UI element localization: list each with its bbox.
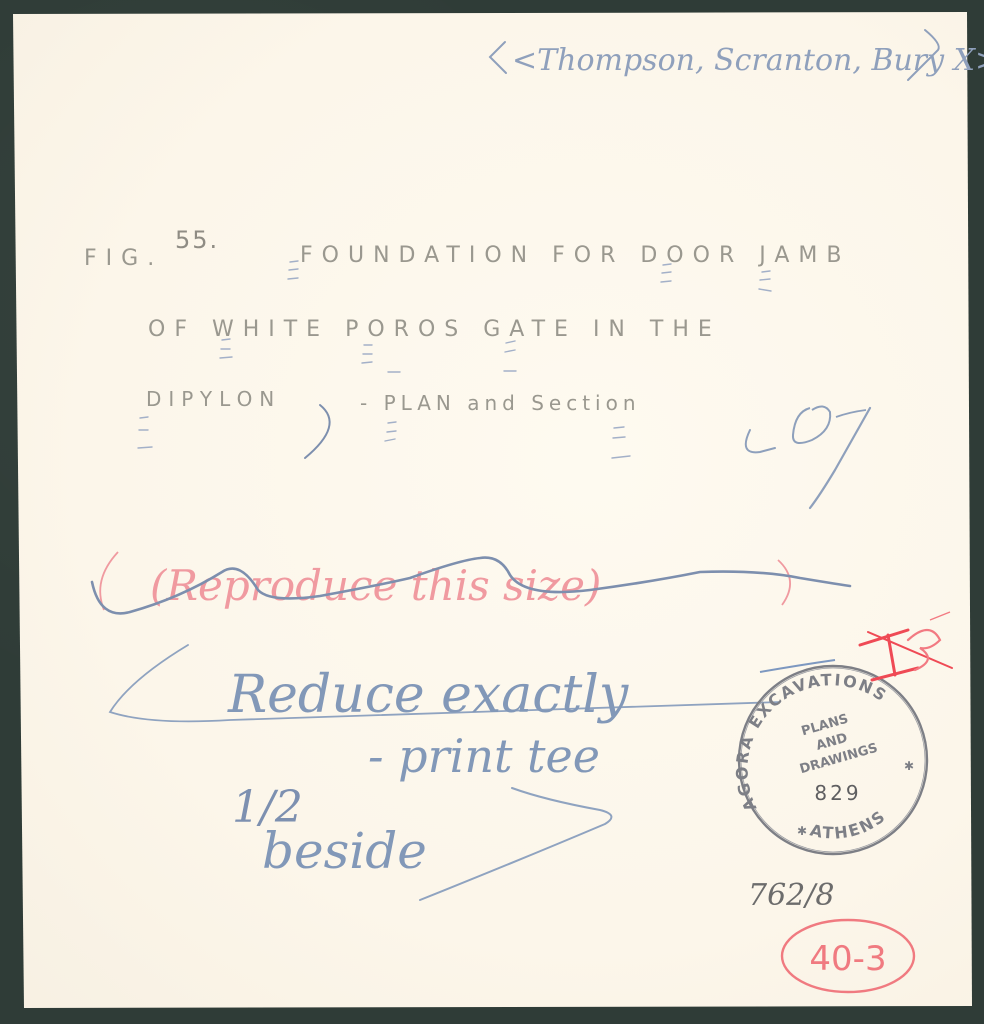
- document-card: <Thompson, Scranton, Bury X> FIG. 55. FO…: [0, 0, 984, 1024]
- caption-parenthesis: [305, 405, 330, 458]
- figure-caption: FIG. 55. FOUNDATION FOR DOOR JAMB OF WHI…: [84, 226, 870, 508]
- figure-number: 55.: [175, 226, 219, 254]
- caption-line-1: FOUNDATION FOR DOOR JAMB: [300, 243, 850, 268]
- caption-line-3-desc: - PLAN and Section: [360, 391, 641, 415]
- stamp-number: 829: [814, 781, 861, 805]
- instruction-line-1: Reduce exactly: [227, 665, 629, 725]
- stamp-star-right: ✱: [904, 759, 914, 773]
- agora-excavations-stamp: AGORA EXCAVATIONS ATHENS ✱ ✱ PLANS AND D…: [732, 666, 927, 854]
- handwriting-layer: <Thompson, Scranton, Bury X> FIG. 55. FO…: [0, 0, 984, 1024]
- top-names-note: <Thompson, Scranton, Bury X>: [490, 30, 984, 80]
- instruction-arrow: [420, 788, 611, 900]
- instruction-line-3: beside: [262, 822, 427, 880]
- caption-line-2: OF WHITE POROS GATE IN THE: [148, 317, 721, 342]
- catalog-number: 762/8: [748, 878, 834, 913]
- reduce-instruction-note: Reduce exactly 1/2 - print tee beside: [110, 645, 835, 900]
- instruction-line-2: - print tee: [368, 729, 600, 783]
- caption-initials-mark: [746, 406, 870, 508]
- circled-number-text: 40-3: [809, 939, 886, 979]
- catalog-number-text: 762/8: [748, 878, 834, 913]
- stamp-outer-bottom-text: ATHENS: [808, 806, 890, 843]
- stamp-star-left: ✱: [797, 824, 807, 838]
- svg-text:ATHENS: ATHENS: [808, 806, 890, 843]
- caption-line-3-place: DIPYLON: [146, 387, 281, 411]
- struck-reproduce-note: (Reproduce this size): [92, 552, 850, 613]
- figure-label: FIG.: [84, 246, 163, 271]
- small-cap-marks: [138, 261, 771, 458]
- red-section-mark: I3: [860, 612, 952, 680]
- top-names-text: <Thompson, Scranton, Bury X>: [512, 43, 984, 78]
- circled-number: 40-3: [782, 920, 914, 992]
